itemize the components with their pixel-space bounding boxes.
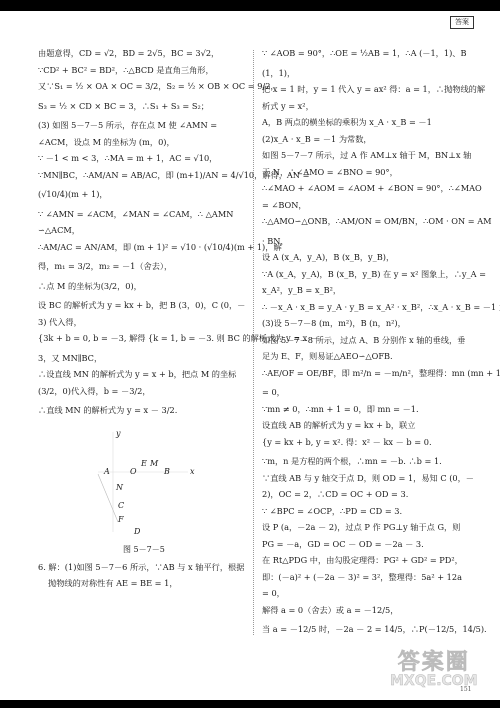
text-line: ∽△ACM， <box>38 225 246 237</box>
text-line: ∴AM/AC = AN/AM，即 (m + 1)² = √10 · (√10/4… <box>38 242 246 254</box>
text-line: ∴点 M 的坐标为(3/2，0)， <box>38 281 246 293</box>
text-line: 于 N，∴∠AMO = ∠BNO = 90°， <box>262 167 474 179</box>
fig-label-x: x <box>190 466 195 478</box>
text-line: 在 Rt△PDG 中，由勾股定理得：PG² + GD² = PD²， <box>262 555 474 567</box>
text-line: S₃ = ½ × CD × BC = 3，∴S₁ + S₃ = S₂； <box>38 101 246 113</box>
fig-label-a: A <box>104 466 110 478</box>
fig-label-d: D <box>134 526 140 538</box>
text-line: 设 P (a，－2a － 2)，过点 P 作 PG⊥y 轴于点 G，则 <box>262 522 474 534</box>
text-line: ∴∠MAO + ∠AOM = ∠AOM + ∠BON = 90°，∴∠MAO <box>262 183 474 195</box>
figure-5-7-5: y x A O E M B N C F D 图 5－7－5 <box>38 422 246 562</box>
fig-label-f: F <box>118 514 124 526</box>
text-line: (3) 如图 5－7－5 所示，存在点 M 使 ∠AMN = <box>38 120 246 132</box>
text-line: 设 A (x_A，y_A)，B (x_B，y_B)， <box>262 252 474 264</box>
text-line: ∴ －x_A · x_B = y_A · y_B = x_A² · x_B²，∴… <box>262 302 474 314</box>
fig-label-n: N <box>116 482 123 494</box>
text-line: 解得 a = 0（舍去）或 a = －12/5， <box>262 605 474 617</box>
text-line: PG = －a，GD = OC － OD = －2a － 3. <box>262 539 474 551</box>
text-line: x_A²，y_B = x_B²， <box>262 285 474 297</box>
text-line: ∴设直线 MN 的解析式为 y = x + b，把点 M 的坐标 <box>38 369 246 381</box>
figure-caption: 图 5－7－5 <box>123 544 165 556</box>
text-line: 把 x = 1 时，y = 1 代入 y = ax² 得：a = 1，∴抛物线的… <box>262 84 474 96</box>
text-line: ∵ －1 < m < 3，∴MA = m + 1，AC = √10， <box>38 153 246 165</box>
text-line: 析式 y = x²， <box>262 101 474 113</box>
fig-label-y: y <box>116 428 121 440</box>
text-line: ∵ ∠AMN = ∠ACM，∠MAN = ∠CAM，∴ △AMN <box>38 209 246 221</box>
text-line: 设直线 AB 的解析式为 y = kx + b，联立 <box>262 420 474 432</box>
text-line: ∵ ∠AOB = 90°，∴OE = ½AB = 1，∴A (－1，1)、B <box>262 48 474 60</box>
text-line: ∵A (x_A，y_A)，B (x_B，y_B) 在 y = x² 图象上，∴y… <box>262 269 474 281</box>
figure-lines <box>38 422 246 542</box>
text-line: 由题意得，CD = √2，BD = 2√5，BC = 3√2， <box>38 48 246 60</box>
text-line: ∵CD² + BC² = BD²，∴△BCD 是直角三角形， <box>38 65 246 77</box>
fig-label-m: M <box>150 458 158 470</box>
fig-label-c: C <box>118 500 124 512</box>
text-line: ∵m，n 是方程的两个根，∴mn = －b. ∴b = 1. <box>262 456 474 468</box>
text-line: 设 BC 的解析式为 y = kx + b，把 B (3，0)，C (0，－ <box>38 300 246 312</box>
text-line: 足为 E、F，则易证△AEO∽△OFB. <box>262 351 474 363</box>
left-column: 由题意得，CD = √2，BD = 2√5，BC = 3√2， ∵CD² + B… <box>38 48 246 595</box>
text-line: (3)设 5－7－8 (m，m²)，B (n，n²)， <box>262 318 474 330</box>
bottom-black-bar <box>0 700 500 708</box>
text-line: (1，1)， <box>262 68 474 80</box>
text-line: ∠ACM，设点 M 的坐标为 (m，0)， <box>38 137 246 149</box>
text-line: ∵mn ≠ 0，∴mn + 1 = 0，即 mn = －1. <box>262 404 474 416</box>
text-line: = ∠BON， <box>262 200 474 212</box>
text-line: ∴直线 MN 的解析式为 y = x － 3/2. <box>38 405 246 417</box>
text-line: 又∵S₁ = ½ × OA × OC = 3/2，S₂ = ½ × OB × O… <box>38 81 246 93</box>
text-line: {y = kx + b, y = x². 得：x² － kx － b = 0. <box>262 437 474 449</box>
text-line: ∵MN∥BC，∴AM/AN = AB/AC，即 (m+1)/AN = 4/√10… <box>38 170 246 182</box>
text-line: 3，又 MN∥BC， <box>38 353 246 365</box>
text-line: 2)，OC = 2，∴CD = OC + OD = 3. <box>262 489 474 501</box>
answer-badge: 答案 <box>450 16 474 29</box>
text-line: · BN， <box>262 236 474 248</box>
text-line: = 0， <box>262 588 474 600</box>
watermark-logo: 答案圈 MXQE.COM <box>390 652 478 688</box>
text-line: ∵直线 AB 与 y 轴交于点 D，则 OD = 1，易知 C (0，－ <box>262 473 474 485</box>
text-line: (2)x_A · x_B = －1 为常数， <box>262 134 474 146</box>
text-line: 如图 5－7－7 所示，过 A 作 AM⊥x 轴于 M，BN⊥x 轴 <box>262 150 474 162</box>
text-line: ∴△AMO∽△ONB，∴AM/ON = OM/BN，∴OM · ON = AM <box>262 216 474 228</box>
text-line: 抛物线的对称性有 AE = BE = 1， <box>38 578 246 590</box>
fig-label-e: E <box>141 458 147 470</box>
text-line: 6. 解：(1)如图 5－7－6 所示，∵AB 与 x 轴平行，根据 <box>38 562 246 574</box>
text-line: 得，m₁ = 3/2，m₂ = －1（舍去）， <box>38 261 246 273</box>
text-line: 即：(－a)² + (－2a － 3)² = 3²，整理得：5a² + 12a <box>262 572 474 584</box>
page-number: 151 <box>460 686 471 693</box>
text-line: ∴AE/OF = OE/BF，即 m²/n = －m/n²，整理得：mn (mn… <box>262 368 474 380</box>
fig-label-o: O <box>130 466 137 478</box>
right-column: ∵ ∠AOB = 90°，∴OE = ½AB = 1，∴A (－1，1)、B (… <box>262 48 474 644</box>
text-line: (√10/4)(m + 1)， <box>38 189 246 201</box>
text-line: (3/2，0)代入得，b = －3/2， <box>38 386 246 398</box>
text-line: ∵ ∠BPC = ∠OCP，∴PD = CD = 3. <box>262 506 474 518</box>
top-black-bar <box>0 0 500 11</box>
text-line: 如图 5－7－8 所示，过点 A、B 分别作 x 轴的垂线，垂 <box>262 335 474 347</box>
watermark-top-text: 答案圈 <box>390 652 478 674</box>
fig-label-b: B <box>164 466 170 478</box>
text-line: 3) 代入得， <box>38 317 246 329</box>
text-line: = 0， <box>262 387 474 399</box>
text-line: A，B 两点的横坐标的乘积为 x_A · x_B = －1 <box>262 117 474 129</box>
text-line: 当 a = －12/5 时，－2a － 2 = 14/5，∴P(－12/5，14… <box>262 624 474 636</box>
text-line: {3k + b = 0, b = －3, 解得 {k = 1, b = －3. … <box>38 333 246 345</box>
